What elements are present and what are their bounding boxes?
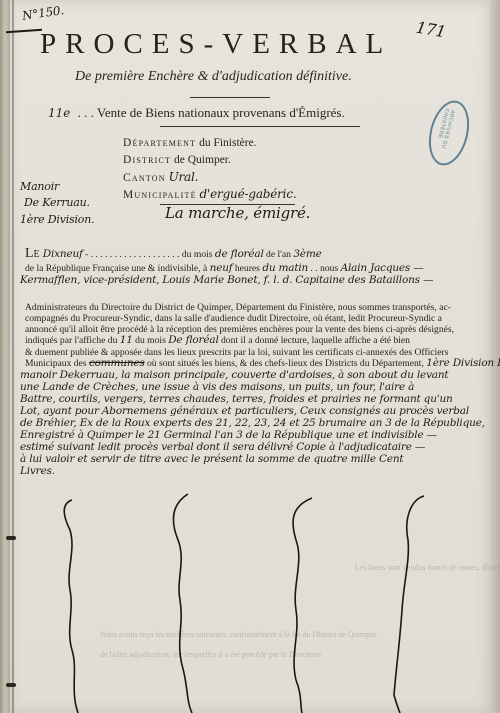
sale-dashes: . . . bbox=[74, 105, 97, 120]
margin-note: Manoir bbox=[20, 180, 59, 193]
sale-heading-rule bbox=[160, 126, 360, 127]
sale-number: 11e bbox=[48, 106, 70, 120]
district-value: de Quimper. bbox=[174, 154, 231, 166]
municipality-label: Municipalité bbox=[123, 189, 197, 201]
municipality-line: Municipalité d'ergué-gabéric. bbox=[123, 187, 296, 201]
district-line: District de Quimper. bbox=[123, 154, 231, 166]
paragraph-line: Livres. bbox=[20, 461, 55, 479]
sale-heading: Vente de Biens nationaux provenans d'Émi… bbox=[97, 105, 345, 120]
canton-value: Ural. bbox=[169, 170, 199, 184]
department-line: Département du Finistère. bbox=[123, 137, 257, 149]
document-subtitle: De première Enchère & d'adjudication déf… bbox=[75, 69, 352, 85]
document-title: PROCES-VERBAL bbox=[40, 28, 392, 61]
department-value: du Finistère. bbox=[199, 137, 257, 149]
handwritten-text: Livres. bbox=[20, 465, 55, 477]
handwritten-text: à lui valoir et servir de titre avec le … bbox=[20, 453, 403, 465]
owner-line: La marche, émigré. bbox=[165, 204, 310, 222]
sale-heading-line: 11e . . . Vente de Biens nationaux prove… bbox=[48, 105, 345, 121]
canton-label: Canton bbox=[123, 172, 166, 184]
title-divider bbox=[190, 97, 270, 98]
paragraph-line: à lui valoir et servir de titre avec le … bbox=[20, 449, 403, 467]
district-label: District bbox=[123, 154, 171, 166]
stamp-text: ARCHIVES DU FINISTÈRE bbox=[431, 108, 456, 163]
canton-line: Canton Ural. bbox=[123, 170, 198, 184]
municipality-value: d'ergué-gabéric. bbox=[200, 187, 297, 201]
margin-note: 1ère Division. bbox=[20, 213, 94, 226]
cancellation-strokes bbox=[0, 490, 500, 713]
paragraph-line: Kermafflen, vice-président, Louis Marie … bbox=[20, 270, 433, 288]
department-label: Département bbox=[123, 137, 196, 149]
handwritten-text: Kermafflen, vice-président, Louis Marie … bbox=[20, 274, 433, 286]
margin-note: De Kerruau. bbox=[24, 196, 90, 209]
